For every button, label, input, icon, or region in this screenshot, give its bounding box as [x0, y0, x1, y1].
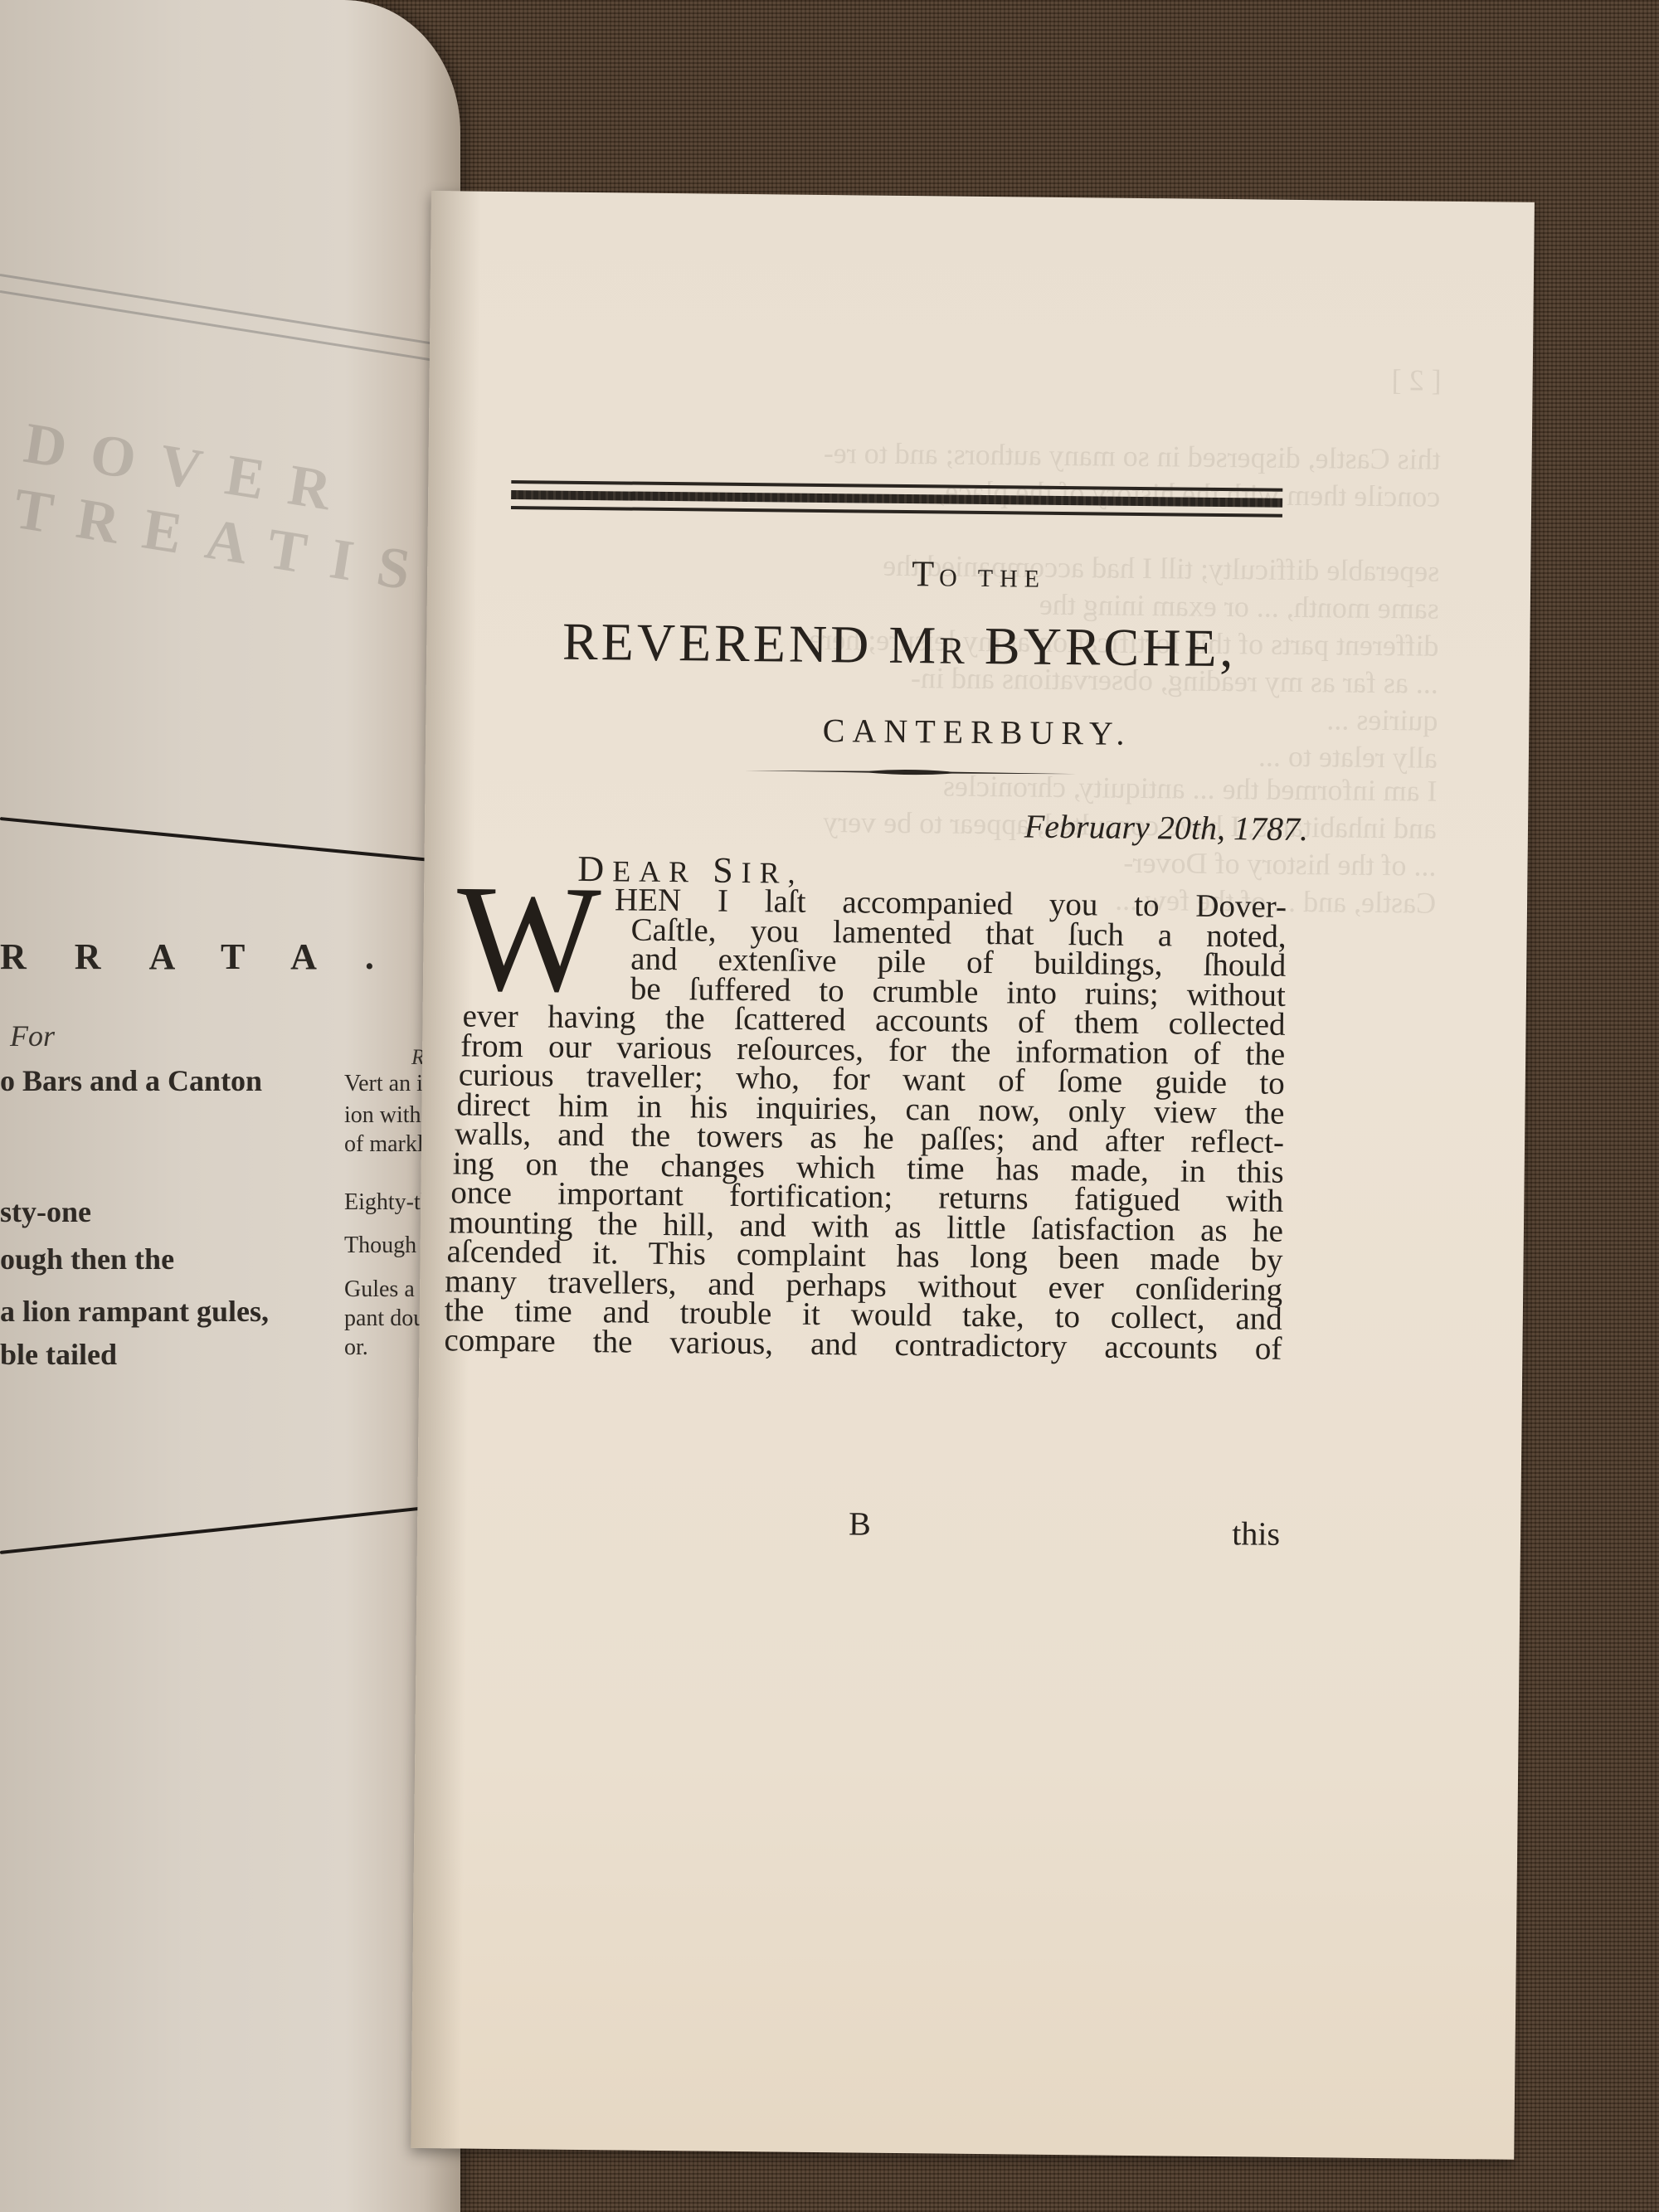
faint-rule [0, 290, 459, 366]
top-rule [0, 817, 463, 865]
errata-heading: RRATA. [0, 936, 422, 978]
thin-rule [511, 506, 1282, 518]
to-capital: T [912, 553, 939, 594]
printer-signature-mark: B [849, 1504, 871, 1543]
to-rest: O [939, 564, 964, 591]
thick-rule [511, 490, 1282, 508]
errata-for-item: sty-one [0, 1194, 91, 1229]
errata-for-item: a lion rampant gules, [0, 1294, 269, 1329]
bottom-rule [0, 1502, 462, 1554]
errata-for-item: o Bars and a Canton [0, 1063, 262, 1098]
addressee-name: REVEREND MR BYRCHE, [509, 610, 1290, 680]
right-page-letter: [ 2 ] this Castle, dispersed in so many … [411, 191, 1535, 2160]
left-page-errata: DOVER TREATISE RRATA. For Read o Bars an… [0, 0, 460, 2212]
show-through-text: [ 2 ] [513, 353, 1442, 398]
the-word: THE [978, 565, 1047, 593]
addressee-part1: REVEREND M [562, 612, 940, 675]
faint-rule [0, 274, 459, 349]
catchword: this [1232, 1514, 1280, 1553]
addressee-small-r: R [939, 629, 968, 671]
show-through-text: this Castle, dispersed in so many author… [512, 432, 1441, 477]
body-line: compare the various, and contradictory a… [444, 1325, 1282, 1364]
errata-for-item: ough then the [0, 1242, 174, 1276]
errata-for-item: ble tailed [0, 1337, 117, 1372]
letter-date: February 20th, 1787. [1024, 807, 1309, 849]
addressee-part2: BYRCHE, [968, 616, 1237, 678]
errata-for-label: For [10, 1018, 55, 1053]
header-rules-ornament [511, 480, 1282, 524]
letter-body: HEN I laſt accompanied you to Dover- Caſ… [444, 883, 1287, 1364]
